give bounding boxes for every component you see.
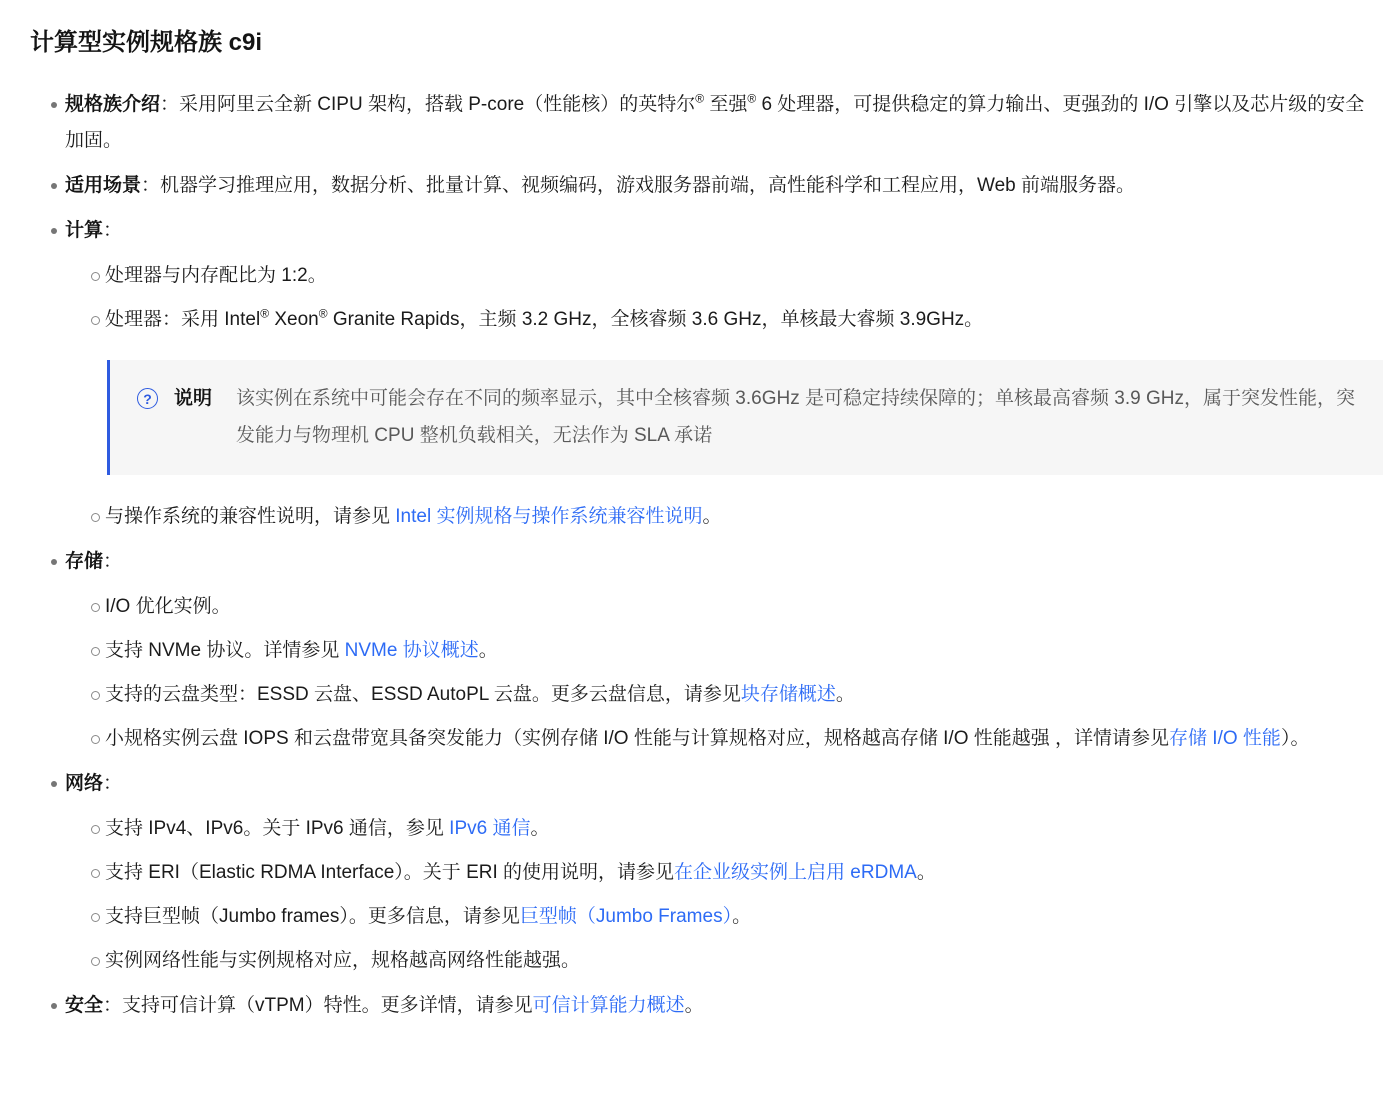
sub-bullet-item: 实例网络性能与实例规格对应，规格越高网络性能越强。 <box>30 943 1383 979</box>
text-run: 处理器与内存配比为 1:2。 <box>105 265 327 286</box>
doc-body: 规格族介绍：采用阿里云全新 CIPU 架构，搭载 P-core（性能核）的英特尔… <box>30 87 1383 1024</box>
bullet-item: 规格族介绍：采用阿里云全新 CIPU 架构，搭载 P-core（性能核）的英特尔… <box>30 87 1383 159</box>
text-run: ：支持可信计算（vTPM）特性。更多详情，请参见 <box>103 995 533 1016</box>
text-run: ： <box>103 220 122 241</box>
help-circle-icon: ? <box>137 388 158 409</box>
text-run: 。 <box>702 506 721 527</box>
doc-link[interactable]: 巨型帧（Jumbo Frames） <box>520 906 732 927</box>
registered-trademark-symbol: ® <box>747 92 756 106</box>
note-box: ?说明该实例在系统中可能会存在不同的频率显示，其中全核睿频 3.6GHz 是可稳… <box>107 360 1383 475</box>
sub-bullet-item: 处理器与内存配比为 1:2。 <box>30 258 1383 294</box>
bold-label: 规格族介绍 <box>65 94 160 115</box>
registered-trademark-symbol: ® <box>695 92 704 106</box>
text-run: I/O 优化实例。 <box>105 596 231 617</box>
page-title: 计算型实例规格族 c9i <box>30 22 1383 57</box>
note-callout: ?说明该实例在系统中可能会存在不同的频率显示，其中全核睿频 3.6GHz 是可稳… <box>107 360 1383 475</box>
text-run: ：机器学习推理应用，数据分析、批量计算、视频编码，游戏服务器前端，高性能科学和工… <box>141 175 1135 196</box>
note-label: 说明 <box>174 380 212 417</box>
sub-bullet-item: I/O 优化实例。 <box>30 589 1383 625</box>
bullet-item: 安全：支持可信计算（vTPM）特性。更多详情，请参见可信计算能力概述。 <box>30 988 1383 1024</box>
bullet-item: 存储： <box>30 544 1383 580</box>
text-run: 支持的云盘类型：ESSD 云盘、ESSD AutoPL 云盘。更多云盘信息，请参… <box>105 684 741 705</box>
registered-trademark-symbol: ® <box>319 307 328 321</box>
text-run: 。 <box>732 906 751 927</box>
doc-content: 计算型实例规格族 c9i 规格族介绍：采用阿里云全新 CIPU 架构，搭载 P-… <box>0 0 1400 1063</box>
bold-label: 安全 <box>65 995 103 1016</box>
text-run: 支持 ERI（Elastic RDMA Interface）。关于 ERI 的使… <box>105 862 674 883</box>
bold-label: 存储 <box>65 551 103 572</box>
bold-label: 适用场景 <box>65 175 141 196</box>
text-run: Xeon <box>269 309 319 330</box>
text-run: 。 <box>530 818 549 839</box>
sub-bullet-item: 支持 IPv4、IPv6。关于 IPv6 通信，参见 IPv6 通信。 <box>30 811 1383 847</box>
text-run: 支持巨型帧（Jumbo frames）。更多信息，请参见 <box>105 906 520 927</box>
sub-bullet-item: 支持 NVMe 协议。详情参见 NVMe 协议概述。 <box>30 633 1383 669</box>
text-run: 支持 IPv4、IPv6。关于 IPv6 通信，参见 <box>105 818 449 839</box>
sub-bullet-item: 支持巨型帧（Jumbo frames）。更多信息，请参见巨型帧（Jumbo Fr… <box>30 899 1383 935</box>
text-run: 与操作系统的兼容性说明，请参见 <box>105 506 395 527</box>
text-run: 。 <box>479 640 498 661</box>
text-run: 至强 <box>704 94 747 115</box>
doc-link[interactable]: Intel 实例规格与操作系统兼容性说明 <box>395 506 702 527</box>
doc-link[interactable]: 块存储概述 <box>741 684 836 705</box>
text-run: 。 <box>917 862 936 883</box>
note-text: 该实例在系统中可能会存在不同的频率显示，其中全核睿频 3.6GHz 是可稳定持续… <box>236 380 1363 454</box>
doc-link[interactable]: NVMe 协议概述 <box>345 640 479 661</box>
doc-link[interactable]: IPv6 通信 <box>449 818 530 839</box>
text-run: Granite Rapids，主频 3.2 GHz，全核睿频 3.6 GHz，单… <box>328 309 984 330</box>
sub-bullet-item: 与操作系统的兼容性说明，请参见 Intel 实例规格与操作系统兼容性说明。 <box>30 499 1383 535</box>
sub-bullet-item: 处理器：采用 Intel® Xeon® Granite Rapids，主频 3.… <box>30 302 1383 338</box>
text-run: 。 <box>836 684 855 705</box>
registered-trademark-symbol: ® <box>260 307 269 321</box>
text-run: ： <box>103 773 122 794</box>
sub-bullet-item: 小规格实例云盘 IOPS 和云盘带宽具备突发能力（实例存储 I/O 性能与计算规… <box>30 721 1383 757</box>
doc-link[interactable]: 可信计算能力概述 <box>533 995 685 1016</box>
bold-label: 网络 <box>65 773 103 794</box>
text-run: ： <box>103 551 122 572</box>
text-run: ）。 <box>1281 728 1310 749</box>
bullet-item: 网络： <box>30 766 1383 802</box>
text-run: 。 <box>685 995 704 1016</box>
text-run: ：采用阿里云全新 CIPU 架构，搭载 P-core（性能核）的英特尔 <box>160 94 695 115</box>
bullet-item: 计算： <box>30 213 1383 249</box>
text-run: 实例网络性能与实例规格对应，规格越高网络性能越强。 <box>105 950 580 971</box>
sub-bullet-item: 支持 ERI（Elastic RDMA Interface）。关于 ERI 的使… <box>30 855 1383 891</box>
text-run: 处理器：采用 Intel <box>105 309 260 330</box>
doc-link[interactable]: 在企业级实例上启用 eRDMA <box>674 862 917 883</box>
doc-link[interactable]: 存储 I/O 性能 <box>1169 728 1281 749</box>
bullet-item: 适用场景：机器学习推理应用，数据分析、批量计算、视频编码，游戏服务器前端，高性能… <box>30 168 1383 204</box>
text-run: 小规格实例云盘 IOPS 和云盘带宽具备突发能力（实例存储 I/O 性能与计算规… <box>105 728 1169 749</box>
sub-bullet-item: 支持的云盘类型：ESSD 云盘、ESSD AutoPL 云盘。更多云盘信息，请参… <box>30 677 1383 713</box>
text-run: 支持 NVMe 协议。详情参见 <box>105 640 345 661</box>
bold-label: 计算 <box>65 220 103 241</box>
